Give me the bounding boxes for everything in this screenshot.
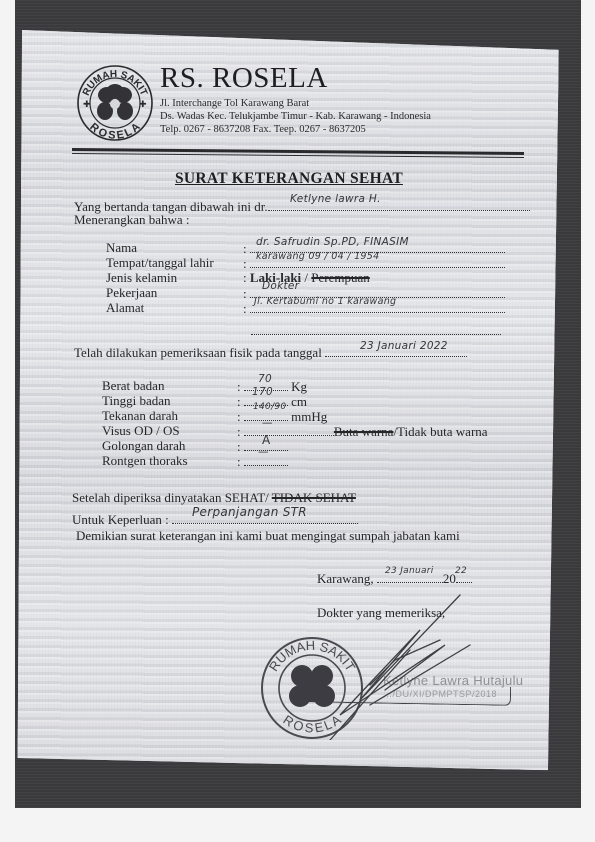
address-line-2: Ds. Wadas Kec. Telukjambe Timur - Kab. K… bbox=[160, 111, 431, 122]
hospital-name: RS. ROSELA bbox=[160, 62, 328, 95]
purpose-value-handwritten: Perpanjangan STR bbox=[192, 505, 307, 519]
label-tekanan: Tekanan darah bbox=[102, 408, 178, 424]
field-alamat-line2 bbox=[251, 322, 501, 339]
contact-line: Telp. 0267 - 8637208 Fax. Teep. 0267 - 8… bbox=[160, 124, 366, 135]
value-visus: — bbox=[262, 417, 273, 429]
label-ttl: Tempat/tanggal lahir bbox=[106, 255, 214, 271]
value-alamat: Jl. Kertabumi no 1 karawang bbox=[254, 296, 396, 307]
conclusion-line: Setelah diperiksa dinyatakan SEHAT/ TIDA… bbox=[72, 490, 356, 506]
label-pekerjaan: Pekerjaan bbox=[106, 285, 157, 301]
struck-tidak-sehat: TIDAK SEHAT bbox=[272, 490, 356, 505]
intro-line-2: Menerangkan bahwa : bbox=[74, 212, 190, 228]
struck-buta-warna: Buta warna bbox=[334, 424, 394, 439]
struck-perempuan: Perempuan bbox=[311, 270, 369, 285]
value-rontgen: — bbox=[258, 446, 269, 458]
place-year-suffix: 22 bbox=[455, 566, 467, 576]
value-tekanan: 140/90 bbox=[253, 402, 286, 412]
value-ttl: karawang 09 / 04 / 1954 bbox=[256, 251, 379, 262]
address-line-1: Jl. Interchange Tol Karawang Barat bbox=[160, 98, 309, 109]
label-berat: Berat badan bbox=[102, 378, 164, 394]
signer-name-handwritten: Ketlyne lawra H. bbox=[290, 193, 381, 205]
value-tinggi: 170 bbox=[252, 386, 273, 398]
label-nama: Nama bbox=[106, 240, 137, 256]
label-visus: Visus OD / OS bbox=[102, 423, 180, 439]
exam-date-handwritten: 23 Januari 2022 bbox=[360, 340, 448, 352]
label-rontgen: Rontgen thoraks bbox=[102, 453, 188, 469]
svg-text:ROSELA: ROSELA bbox=[87, 121, 142, 142]
value-nama: dr. Safrudin Sp.PD, FINASIM bbox=[256, 236, 409, 248]
place-day-month: 23 Januari bbox=[385, 566, 434, 576]
svg-text:✚: ✚ bbox=[83, 99, 91, 109]
signature-scribble bbox=[300, 590, 500, 740]
label-tinggi: Tinggi badan bbox=[102, 393, 171, 409]
value-berat: 70 bbox=[258, 373, 272, 385]
value-pekerjaan: Dokter bbox=[262, 280, 299, 292]
label-golongan: Golongan darah bbox=[102, 438, 185, 454]
label-jenis-kelamin: Jenis kelamin bbox=[106, 270, 177, 286]
label-alamat: Alamat bbox=[106, 300, 144, 316]
svg-text:✚: ✚ bbox=[139, 99, 147, 109]
document-title: SURAT KETERANGAN SEHAT bbox=[175, 170, 403, 188]
hospital-seal-icon: RUMAH SAKIT ROSELA ✚ ✚ bbox=[75, 63, 155, 143]
value-golongan: A bbox=[262, 433, 271, 447]
closing-statement: Demikian surat keterangan ini kami buat … bbox=[76, 528, 460, 544]
